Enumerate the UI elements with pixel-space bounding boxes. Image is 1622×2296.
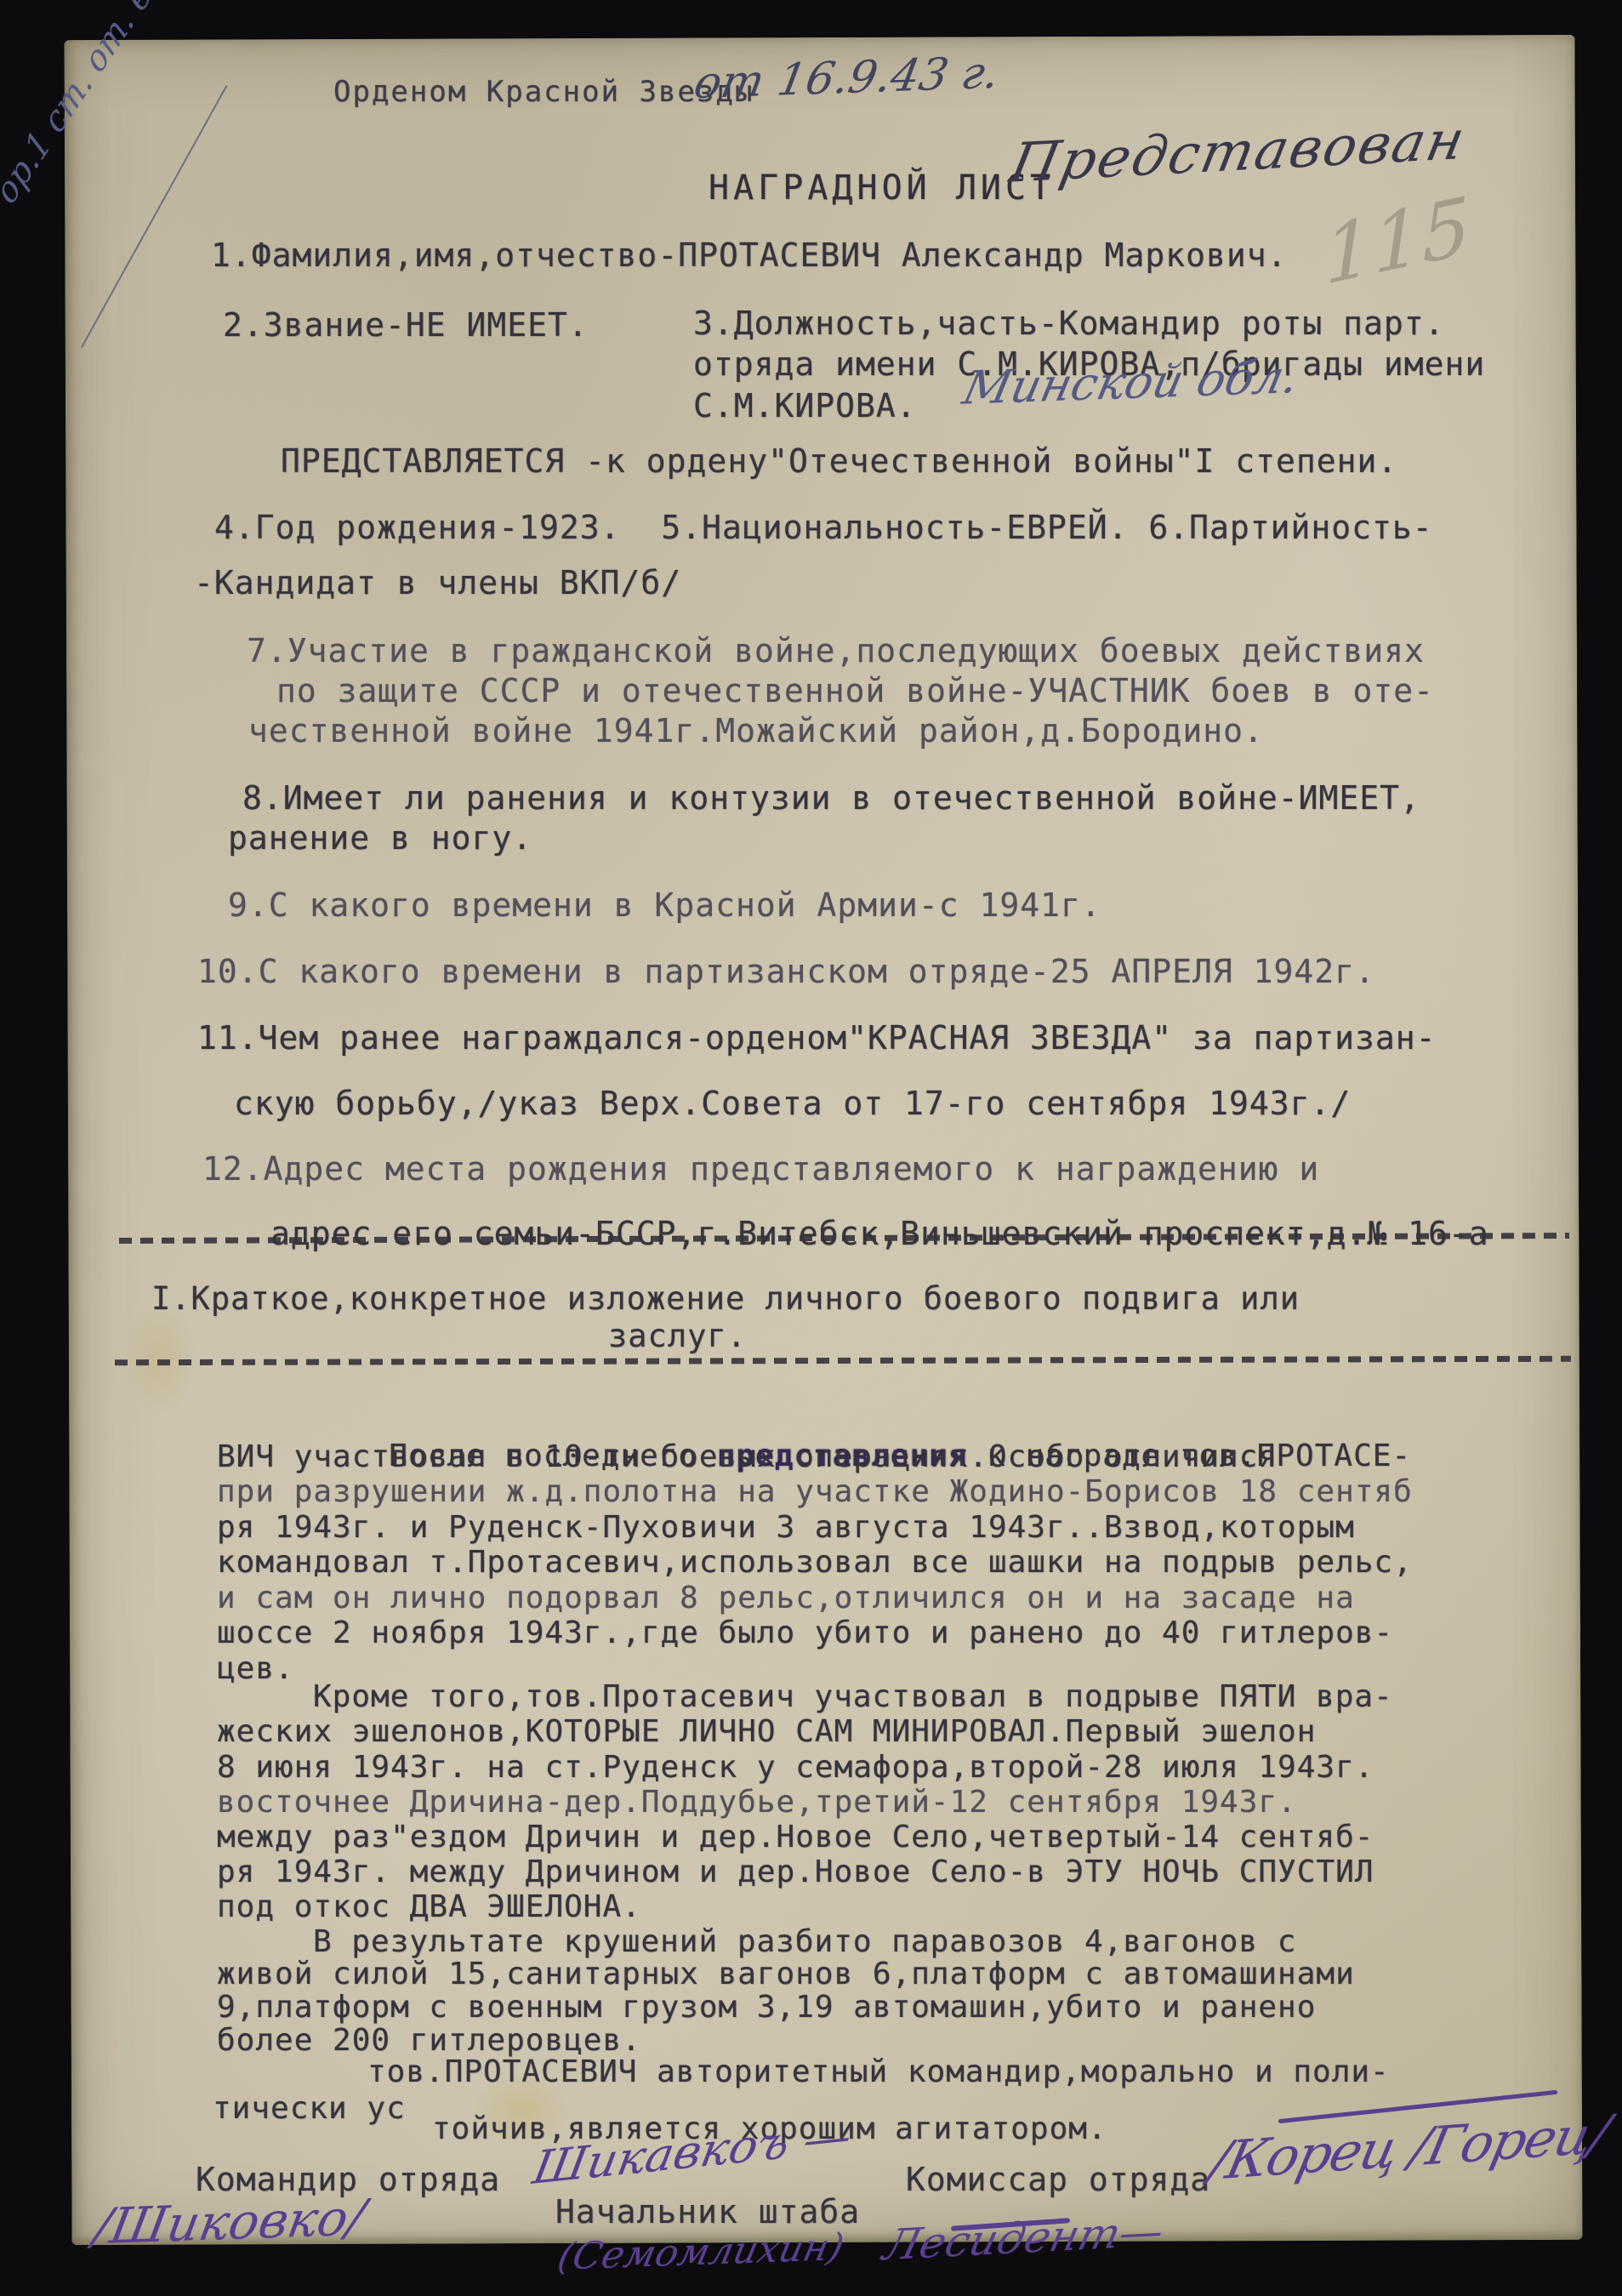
- section-heading-line2: заслуг.: [608, 1318, 747, 1354]
- field-7-line1: 7.Участие в гражданской войне,последующи…: [247, 632, 1425, 669]
- body-p3-line3: 9,платформ с военным грузом 3,19 автомаш…: [217, 1990, 1316, 2025]
- body-p1-line3: при разрушении ж.д.полотна на участке Жо…: [217, 1474, 1413, 1509]
- field-9-red-army: 9.С какого времени в Красной Армии-с 194…: [228, 886, 1101, 924]
- chief-of-staff-name-handwritten: (Семомлихин): [554, 2225, 848, 2279]
- body-p2-line5: между раз"ездом Дричин и дер.Новое Село,…: [217, 1820, 1374, 1854]
- field-7-line3: чественной войне 1941г.Можайский район,д…: [248, 712, 1264, 749]
- field-8-line1: 8.Имеет ли ранения и контузии в отечеств…: [242, 779, 1420, 817]
- commissar-label: Комиссар отряда: [906, 2161, 1210, 2198]
- field-2-rank: 2.Звание-НЕ ИМЕЕТ.: [223, 306, 589, 344]
- body-p1-line8: цев.: [217, 1651, 294, 1686]
- field-12-line1: 12.Адрес места рождения представляемого …: [202, 1150, 1319, 1188]
- body-p2-line4: восточнее Дричина-дер.Поддубье,третий-12…: [217, 1785, 1297, 1820]
- body-p1-line7: шоссе 2 ноября 1943г.,где было убито и р…: [217, 1615, 1393, 1650]
- scanned-award-document-photo: { "header": { "stamp_typed": "Орденом Кр…: [0, 0, 1622, 2296]
- commander-name-handwritten: /Шиковко/: [89, 2189, 370, 2256]
- chief-of-staff-label: Начальник штаба: [555, 2193, 860, 2230]
- body-p2-line6: ря 1943г. между Дричином и дер.Новое Сел…: [217, 1854, 1374, 1889]
- field-11-line2: скую борьбу,/указ Верх.Совета от 17-го с…: [234, 1085, 1351, 1122]
- field-3-position-line3: С.М.КИРОВА.: [693, 387, 917, 424]
- field-6-line2: -Кандидат в члены ВКП/б/: [194, 564, 681, 601]
- body-p2-line3: 8 июня 1943г. на ст.Руденск у семафора,в…: [217, 1750, 1374, 1785]
- field-7-line2: по защите СССР и отечественной войне-УЧА…: [276, 672, 1434, 709]
- body-p3-line2: живой силой 15,санитарных вагонов 6,плат…: [217, 1957, 1355, 1991]
- field-11-line1: 11.Чем ранее награждался-орденом"КРАСНАЯ…: [197, 1019, 1437, 1057]
- body-p2-line7: под откос ДВА ЭШЕЛОНА.: [217, 1889, 641, 1924]
- section-heading-line1: I.Краткое,конкретное изложение личного б…: [151, 1280, 1300, 1317]
- body-p2-line1: Кроме того,тов.Протасевич участвовал в п…: [313, 1679, 1393, 1714]
- field-10-partisan: 10.С какого времени в партизанском отряд…: [197, 953, 1375, 990]
- body-p1-line2: ВИЧ участвовал в 10-ти боевых операциях.…: [217, 1439, 1278, 1474]
- field-8-line2: ранение в ногу.: [228, 819, 532, 857]
- body-p2-line2: жеских эшелонов,КОТОРЫЕ ЛИЧНО САМ МИНИРО…: [217, 1714, 1316, 1749]
- presented-for-order-line: ПРЕДСТАВЛЯЕТСЯ -к ордену"Отечественной в…: [281, 442, 1397, 480]
- field-3-position-line1: 3.Должность,часть-Командир роты парт.: [693, 305, 1444, 342]
- stamp-date-handwritten: от 16.9.43 г.: [690, 48, 1003, 109]
- body-p1-line6: и сам он лично подорвал 8 рельс,отличилс…: [217, 1581, 1355, 1615]
- field-1-name: 1.Фамилия,имя,отчество-ПРОТАСЕВИЧ Алекса…: [211, 236, 1288, 274]
- body-p1-line4: ря 1943г. и Руденск-Пуховичи 3 августа 1…: [217, 1510, 1355, 1545]
- body-p4-line1: тов.ПРОТАСЕВИЧ авторитетный командир,мор…: [367, 2054, 1390, 2089]
- body-p1-line5: командовал т.Протасевич,использовал все …: [217, 1545, 1413, 1580]
- page-title: НАГРАДНОЙ ЛИСТ: [709, 168, 1055, 208]
- body-p3-line4: более 200 гитлеровцев.: [217, 2023, 641, 2058]
- body-p4-line2: тически ус: [213, 2091, 406, 2126]
- body-p3-line1: В результате крушений разбито паравозов …: [313, 1924, 1296, 1959]
- field-4-5-6-line1: 4.Год рождения-1923. 5.Национальность-ЕВ…: [214, 509, 1433, 546]
